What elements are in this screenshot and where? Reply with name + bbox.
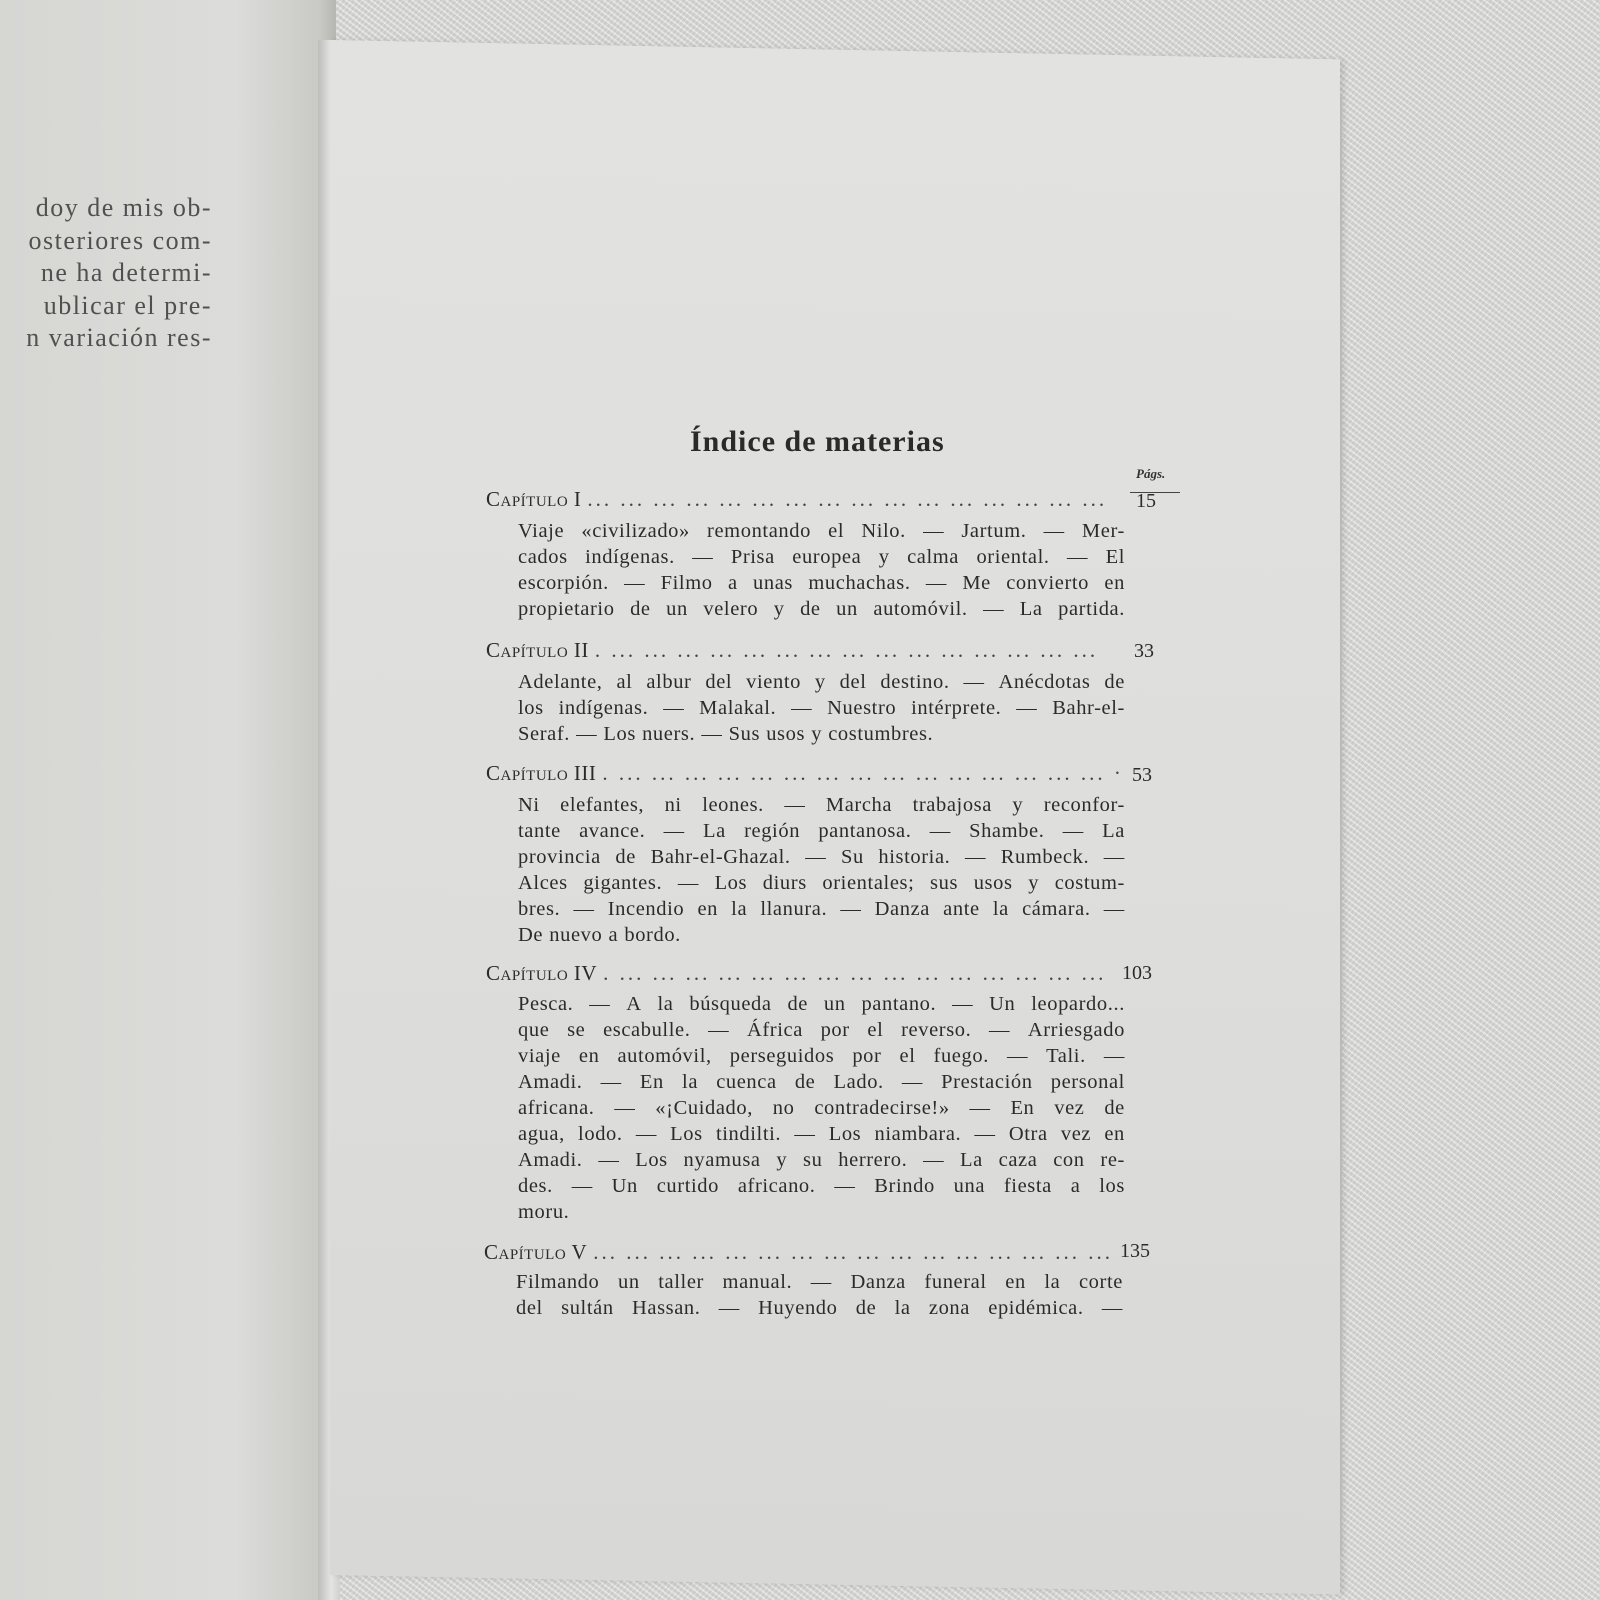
summary-line: Adelante,alalburdelvientoydeldestino.—An… [518, 669, 1125, 695]
chapter-summary: Pesca.—Alabúsquedadeunpantano.—Unleopard… [518, 991, 1125, 1225]
summary-line: Amadi.—Losnyamusaysuherrero.—Lacazaconre… [518, 1147, 1125, 1173]
summary-line: africana.—«¡Cuidado,nocontradecirse!»—En… [518, 1095, 1125, 1121]
summary-line: Pesca.—Alabúsquedadeunpantano.—Unleopard… [518, 991, 1125, 1017]
summary-line: cadosindígenas.—Prisaeuropeaycalmaorient… [518, 544, 1125, 570]
chapter-summary: Viaje«civilizado»remontandoelNilo.—Jartu… [518, 518, 1125, 622]
summary-line: escorpión.—Filmoaunasmuchachas.—Meconvie… [518, 570, 1125, 596]
pages-column-label: Págs. [1136, 466, 1165, 482]
summary-line: Denuevoabordo. [518, 922, 1125, 948]
leader-dots: ... ... ... ... ... ... ... ... ... ... … [587, 487, 1107, 511]
chapter-page-number: 53 [1092, 764, 1152, 787]
chapter-page-number: 33 [1094, 640, 1154, 663]
summary-line: viajeenautomóvil,perseguidosporelfuego.—… [518, 1043, 1125, 1069]
chapter-summary: Adelante,alalburdelvientoydeldestino.—An… [518, 669, 1125, 747]
chapter-page-number: 15 [1096, 490, 1156, 513]
chapter-label: Capítulo V [484, 1240, 587, 1264]
summary-line: moru. [518, 1199, 1125, 1225]
chapter-summary: Nielefantes,nileones.—Marchatrabajosayre… [518, 792, 1125, 948]
summary-line: Filmandountallermanual.—Danzafuneralenla… [516, 1269, 1123, 1295]
chapter-heading: Capítulo IV. ... ... ... ... ... ... ...… [486, 961, 1126, 986]
page-title: Índice de materias [690, 425, 945, 459]
summary-line: agua,lodo.—Lostindilti.—Losniambara.—Otr… [518, 1121, 1125, 1147]
summary-line: bres.—Incendioenlallanura.—Danzaantelacá… [518, 896, 1125, 922]
summary-line: provinciadeBahr-el-Ghazal.—Suhistoria.—R… [518, 844, 1125, 870]
summary-line: Amadi.—EnlacuencadeLado.—Prestaciónperso… [518, 1069, 1125, 1095]
chapter-heading: Capítulo I... ... ... ... ... ... ... ..… [486, 487, 1126, 512]
summary-line: Alcesgigantes.—Losdiursorientales;sususo… [518, 870, 1125, 896]
chapter-label: Capítulo IV [486, 961, 597, 985]
summary-line: queseescabulle.—Áfricaporelreverso.—Arri… [518, 1017, 1125, 1043]
chapter-heading: Capítulo II. ... ... ... ... ... ... ...… [486, 638, 1126, 663]
summary-line: tanteavance.—Laregiónpantanosa.—Shambe.—… [518, 818, 1125, 844]
leader-dots: ... ... ... ... ... ... ... ... ... ... … [593, 1240, 1113, 1264]
leader-dots: . ... ... ... ... ... ... ... ... ... ..… [602, 761, 1124, 785]
summary-line: losindígenas.—Malakal.—Nuestrointérprete… [518, 695, 1125, 721]
summary-line: des.—Uncurtidoafricano.—Brindounafiestaa… [518, 1173, 1125, 1199]
leader-dots: . ... ... ... ... ... ... ... ... ... ..… [603, 961, 1106, 985]
chapter-label: Capítulo I [486, 487, 581, 511]
table-of-contents: Índice de materias Págs. Capítulo I... .… [0, 0, 1600, 1600]
summary-line: Seraf.—Losnuers.—Sususosycostumbres. [518, 721, 1125, 747]
chapter-page-number: 135 [1090, 1240, 1150, 1263]
summary-line: delsultánHassan.—Huyendodelazonaepidémic… [516, 1295, 1123, 1321]
chapter-label: Capítulo III [486, 761, 596, 785]
chapter-label: Capítulo II [486, 638, 589, 662]
summary-line: propietariodeunveleroydeunautomóvil.—Lap… [518, 596, 1125, 622]
summary-line: Nielefantes,nileones.—Marchatrabajosayre… [518, 792, 1125, 818]
chapter-heading: Capítulo III. ... ... ... ... ... ... ..… [486, 761, 1126, 786]
chapter-summary: Filmandountallermanual.—Danzafuneralenla… [516, 1269, 1123, 1321]
chapter-page-number: 103 [1092, 962, 1152, 985]
chapter-heading: Capítulo V... ... ... ... ... ... ... ..… [484, 1240, 1124, 1265]
summary-line: Viaje«civilizado»remontandoelNilo.—Jartu… [518, 518, 1125, 544]
leader-dots: . ... ... ... ... ... ... ... ... ... ..… [595, 638, 1098, 662]
